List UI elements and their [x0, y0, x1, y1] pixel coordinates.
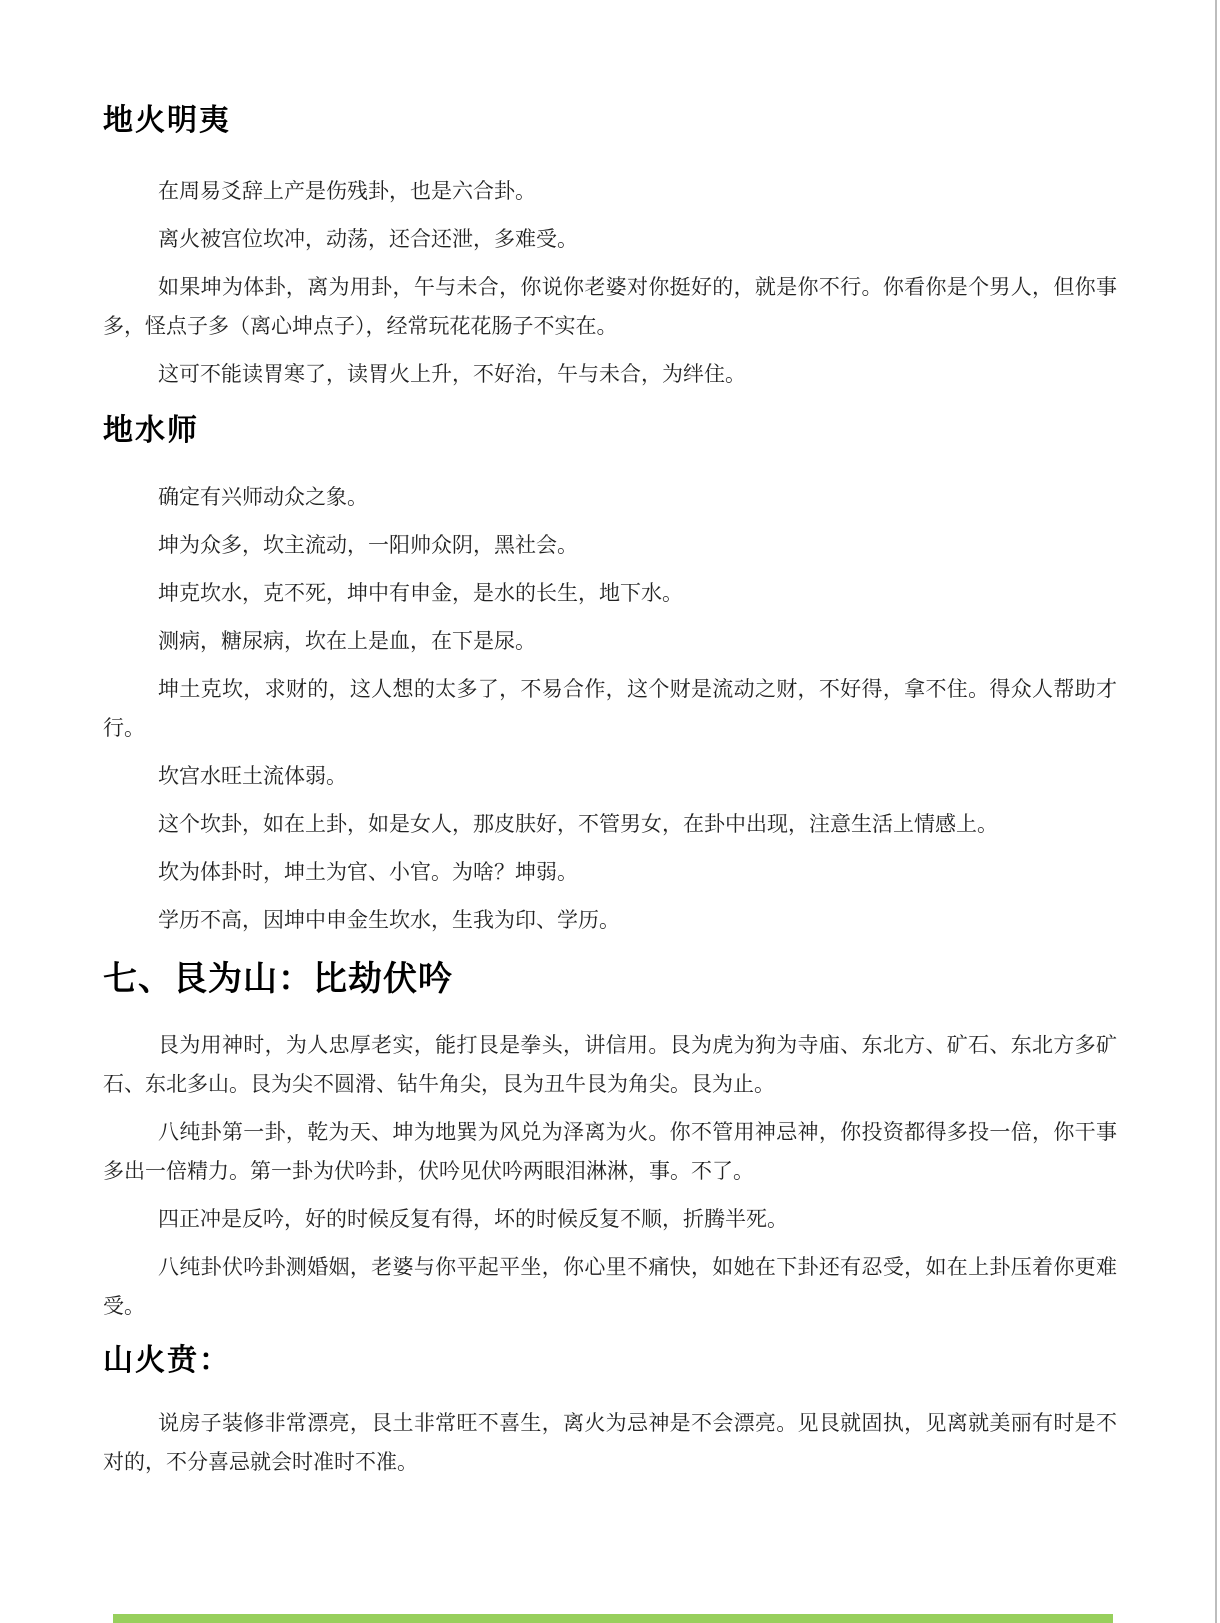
paragraph: 坎宫水旺土流体弱。: [103, 757, 1117, 796]
paragraph: 在周易爻辞上产是伤残卦，也是六合卦。: [103, 172, 1117, 211]
paragraph: 八纯卦第一卦，乾为天、坤为地巽为风兑为泽离为火。你不管用神忌神，你投资都得多投一…: [103, 1113, 1117, 1191]
paragraph: 这可不能读胃寒了，读胃火上升，不好治，午与未合，为绊住。: [103, 355, 1117, 394]
paragraph: 四正冲是反吟，好的时候反复有得，坏的时候反复不顺，折腾半死。: [103, 1200, 1117, 1239]
section-shan-huo-bi: 山火贲： 说房子装修非常漂亮，艮土非常旺不喜生，离火为忌神是不会漂亮。见艮就固执…: [103, 1340, 1117, 1482]
paragraph: 测病，糖尿病，坎在上是血，在下是尿。: [103, 622, 1117, 661]
paragraph: 离火被宫位坎冲，动荡，还合还泄，多难受。: [103, 220, 1117, 259]
paragraph: 确定有兴师动众之象。: [103, 478, 1117, 517]
green-divider-bar: [113, 1614, 1113, 1623]
paragraph: 八纯卦伏吟卦测婚姻，老婆与你平起平坐，你心里不痛快，如她在下卦还有忍受，如在上卦…: [103, 1248, 1117, 1326]
heading-di-shui-shi: 地水师: [103, 410, 1117, 452]
paragraph: 艮为用神时，为人忠厚老实，能打艮是拳头，讲信用。艮为虎为狗为寺庙、东北方、矿石、…: [103, 1026, 1117, 1104]
document-page: 地火明夷 在周易爻辞上产是伤残卦，也是六合卦。 离火被宫位坎冲，动荡，还合还泄，…: [0, 0, 1217, 1482]
section-di-shui-shi: 地水师 确定有兴师动众之象。 坤为众多，坎主流动，一阳帅众阴，黑社会。 坤克坎水…: [103, 410, 1117, 940]
page-edge-line: [1215, 0, 1217, 1623]
section-di-huo-ming-yi: 地火明夷 在周易爻辞上产是伤残卦，也是六合卦。 离火被宫位坎冲，动荡，还合还泄，…: [103, 100, 1117, 394]
paragraph: 坤为众多，坎主流动，一阳帅众阴，黑社会。: [103, 526, 1117, 565]
paragraph: 这个坎卦，如在上卦，如是女人，那皮肤好，不管男女，在卦中出现，注意生活上情感上。: [103, 805, 1117, 844]
heading-di-huo-ming-yi: 地火明夷: [103, 100, 1117, 142]
heading-shan-huo-bi: 山火贲：: [103, 1340, 1117, 1382]
paragraph: 学历不高，因坤中申金生坎水，生我为印、学历。: [103, 901, 1117, 940]
paragraph: 如果坤为体卦，离为用卦，午与未合，你说你老婆对你挺好的，就是你不行。你看你是个男…: [103, 268, 1117, 346]
paragraph: 说房子装修非常漂亮，艮土非常旺不喜生，离火为忌神是不会漂亮。见艮就固执，见离就美…: [103, 1404, 1117, 1482]
heading-gen-wei-shan: 七、艮为山：比劫伏吟: [103, 956, 1117, 1002]
paragraph: 坎为体卦时，坤土为官、小官。为啥？坤弱。: [103, 853, 1117, 892]
paragraph: 坤克坎水，克不死，坤中有申金，是水的长生，地下水。: [103, 574, 1117, 613]
paragraph: 坤土克坎，求财的，这人想的太多了，不易合作，这个财是流动之财，不好得，拿不住。得…: [103, 670, 1117, 748]
section-gen-wei-shan: 七、艮为山：比劫伏吟 艮为用神时，为人忠厚老实，能打艮是拳头，讲信用。艮为虎为狗…: [103, 956, 1117, 1326]
